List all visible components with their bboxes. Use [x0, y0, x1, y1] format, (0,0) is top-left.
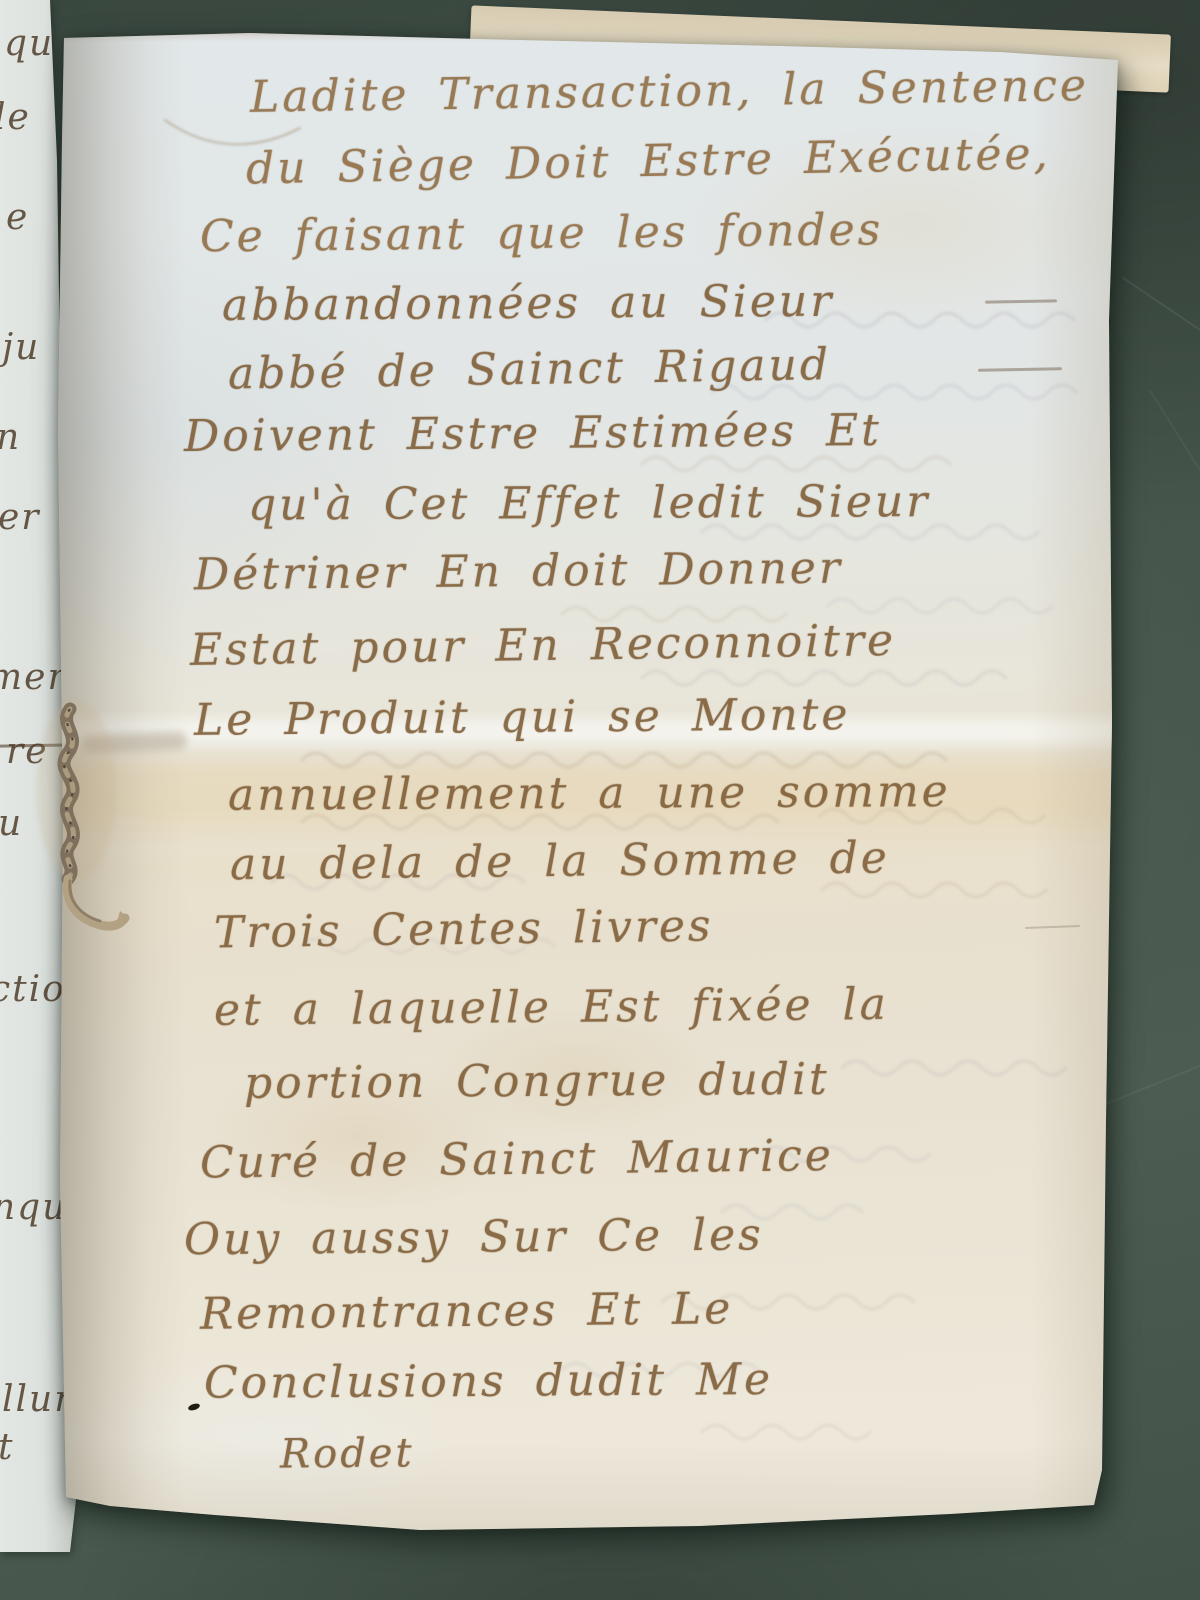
- manuscript-line: Curé de Sainct Maurice: [200, 1134, 834, 1186]
- manuscript-page-wrap: Ladite Transaction, la Sentence du Siège…: [0, 0, 1200, 1600]
- manuscript-line: Trois Centes livres: [214, 905, 714, 956]
- manuscript-line: et a laquelle Est fixée la: [214, 983, 889, 1033]
- manuscript-line: Remontrances Et Le: [200, 1287, 734, 1337]
- manuscript-line: portion Congrue dudit: [244, 1058, 830, 1106]
- manuscript-photo-scene: que le e ju n er mem re u ctions nques l…: [0, 0, 1200, 1600]
- manuscript-line: abbandonnées au Sieur: [222, 280, 835, 328]
- manuscript-line: Doivent Estre Estimées Et: [184, 409, 882, 459]
- manuscript-line: Ouy aussy Sur Ce les: [184, 1213, 764, 1262]
- manuscript-line: Ladite Transaction, la Sentence: [250, 64, 1089, 120]
- manuscript-line: Estat pour En Reconnoitre: [190, 619, 897, 673]
- manuscript-line: abbé de Sainct Rigaud: [228, 343, 832, 396]
- manuscript-line: Détriner En doit Donner: [194, 547, 843, 598]
- manuscript-line: qu'à Cet Effet ledit Sieur: [248, 480, 930, 528]
- manuscript-line: au dela de la Somme de: [230, 837, 890, 888]
- manuscript-line: Conclusions dudit Me: [204, 1358, 773, 1406]
- manuscript-line: annuellement a une somme: [228, 770, 951, 818]
- binding-string: [28, 695, 168, 965]
- signature-line: Rodet: [280, 1433, 415, 1474]
- manuscript-line: Le Produit qui se Monte: [194, 693, 851, 743]
- manuscript-line: Ce faisant que les fondes: [200, 208, 884, 259]
- manuscript-page: Ladite Transaction, la Sentence du Siège…: [0, 0, 1200, 1600]
